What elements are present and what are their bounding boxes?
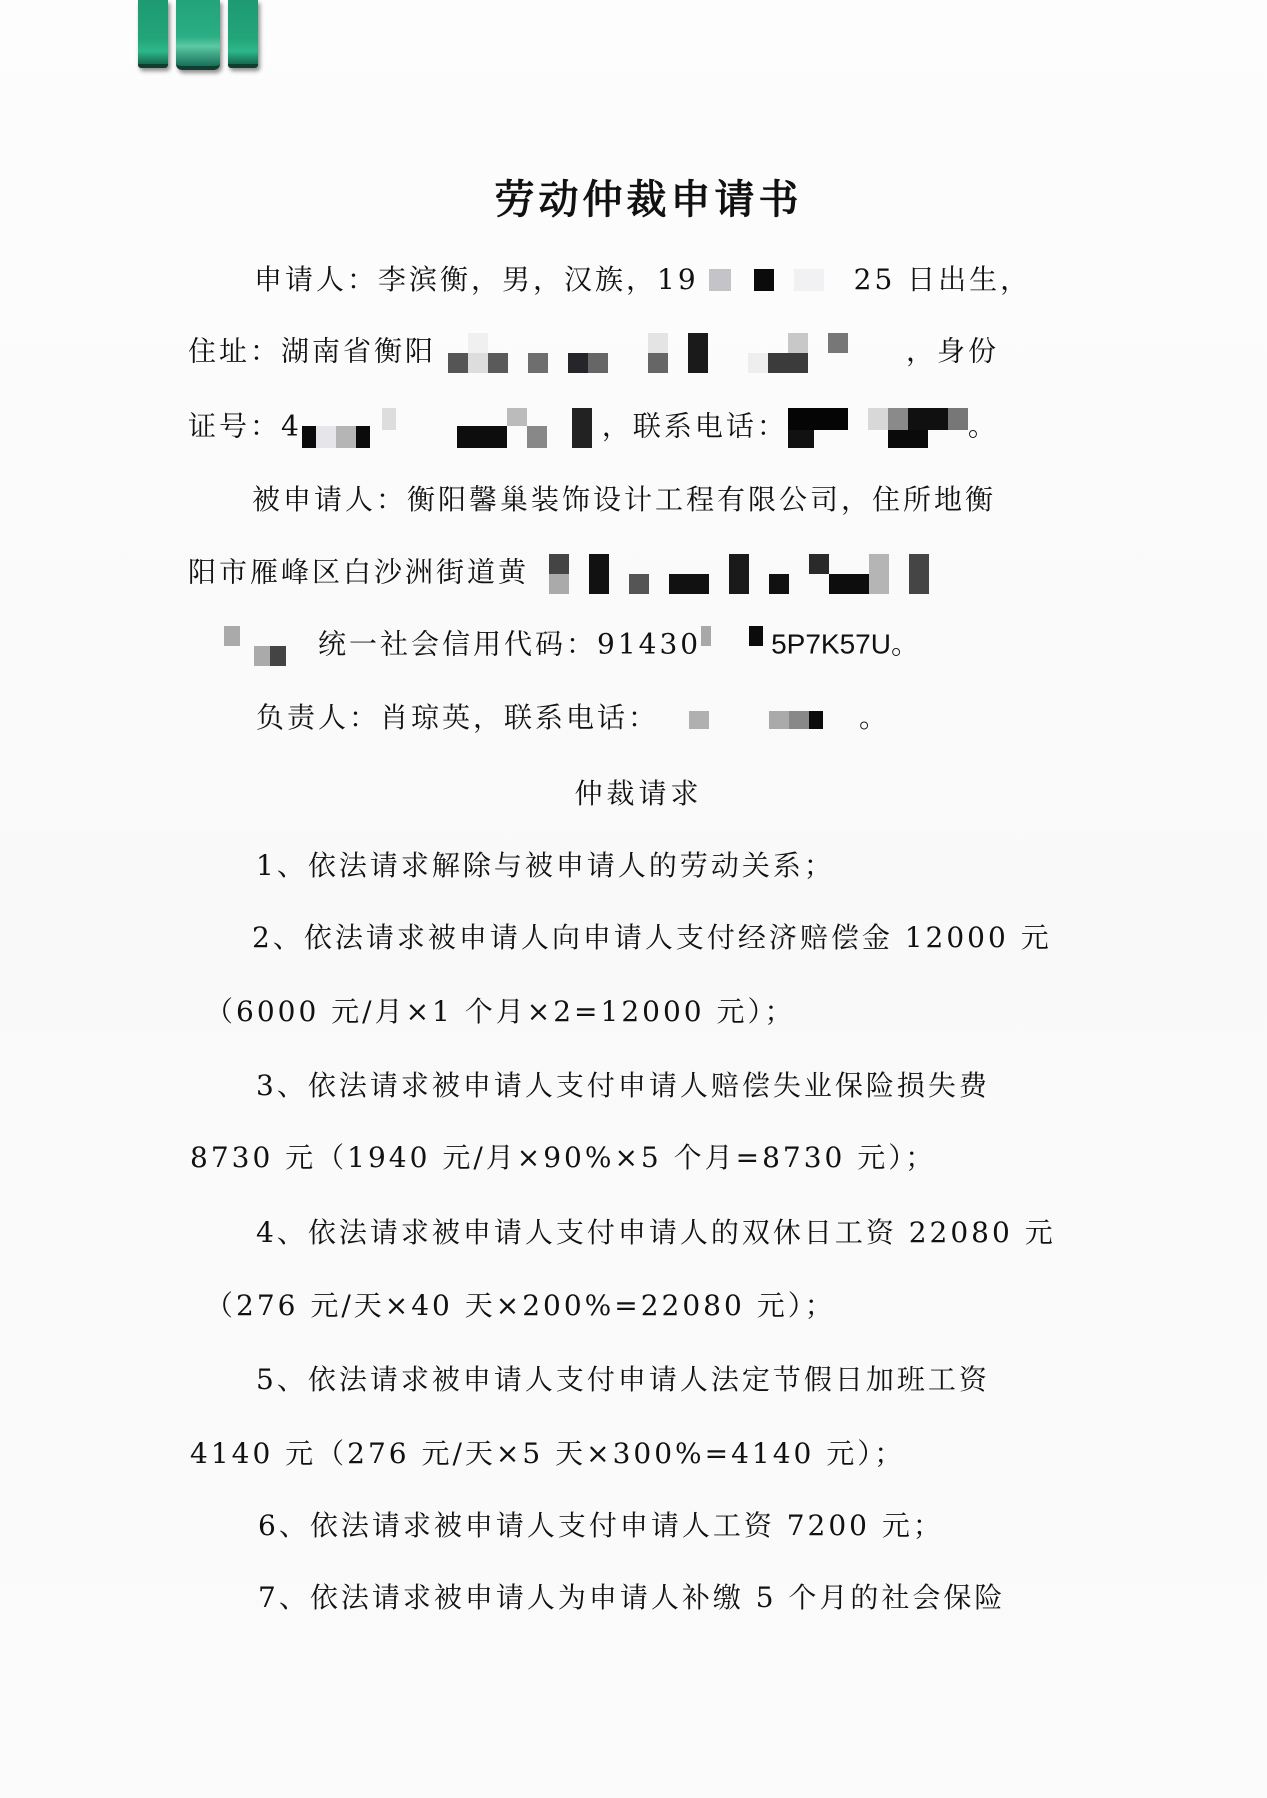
claim-item: 2、依法请求被申请人向申请人支付经济赔偿金 12000 元 <box>252 920 1052 956</box>
redacted-phone <box>788 408 968 448</box>
id-label-text: ，身份 <box>906 335 999 368</box>
binder-clip-segment <box>228 0 258 68</box>
redacted-address-tail <box>188 626 318 666</box>
claim-item-detail: （6000 元/月×1 个月×2=12000 元）； <box>205 994 795 1030</box>
applicant-line-2: 住址：湖南省衡阳，身份 <box>188 333 999 373</box>
applicant-line-3: 证号：4，联系电话：。 <box>188 408 999 448</box>
respondent-address-text: 阳市雁峰区白沙洲街道黄 <box>188 556 529 589</box>
redacted-id-number <box>302 408 602 448</box>
redacted-respondent-address <box>529 554 1009 594</box>
redacted-birthdate <box>699 265 854 299</box>
respondent-credit-code-line: 统一社会信用代码：914305P7K57U。 <box>188 626 919 666</box>
claim-item: 3、依法请求被申请人支付申请人赔偿失业保险损失费 <box>256 1068 990 1104</box>
claim-item-detail: （276 元/天×40 天×200%=22080 元）； <box>205 1288 836 1324</box>
credit-code-suffix: 5P7K57U。 <box>771 629 919 660</box>
respondent-line-2: 阳市雁峰区白沙洲街道黄 <box>188 554 1009 594</box>
period-text: 。 <box>968 410 999 443</box>
claims-heading: 仲裁请求 <box>0 772 1267 812</box>
claim-item: 6、依法请求被申请人支付申请人工资 7200 元； <box>258 1508 944 1544</box>
binder-clip-segment <box>138 0 168 68</box>
phone-label-text: ，联系电话： <box>602 410 788 443</box>
redacted-address <box>436 333 906 373</box>
binder-clip-icon <box>138 0 258 72</box>
claim-item: 7、依法请求被申请人为申请人补缴 5 个月的社会保险 <box>258 1580 1005 1616</box>
birth-day-text: 25 日出生， <box>854 263 1032 296</box>
address-text: 住址：湖南省衡阳 <box>188 335 436 368</box>
document-title: 劳动仲裁申请书 <box>0 168 1267 225</box>
applicant-name-text: 申请人：李滨衡，男，汉族，19 <box>254 263 699 296</box>
document-page: 劳动仲裁申请书 申请人：李滨衡，男，汉族，1925 日出生， 住址：湖南省衡阳，… <box>0 0 1267 1798</box>
period-text: 。 <box>859 701 890 734</box>
claim-item: 4、依法请求被申请人支付申请人的双休日工资 22080 元 <box>256 1215 1056 1251</box>
respondent-line-1: 被申请人：衡阳馨巢装饰设计工程有限公司，住所地衡 <box>252 482 996 518</box>
manager-text: 负责人：肖琼英，联系电话： <box>256 701 659 734</box>
claim-item: 5、依法请求被申请人支付申请人法定节假日加班工资 <box>256 1362 990 1398</box>
respondent-manager-line: 负责人：肖琼英，联系电话：。 <box>256 700 890 737</box>
id-number-prefix: 证号：4 <box>188 410 302 443</box>
claim-item-detail: 8730 元（1940 元/月×90%×5 个月=8730 元）； <box>190 1140 936 1176</box>
claim-item-detail: 4140 元（276 元/天×5 天×300%=4140 元）； <box>190 1436 905 1472</box>
credit-code-text: 统一社会信用代码：91430 <box>318 628 701 661</box>
applicant-line-1: 申请人：李滨衡，男，汉族，1925 日出生， <box>254 262 1031 299</box>
redacted-manager-phone <box>659 703 859 737</box>
binder-clip-segment <box>176 0 220 70</box>
claim-item: 1、依法请求解除与被申请人的劳动关系； <box>256 848 835 884</box>
redacted-credit-code <box>701 626 771 666</box>
